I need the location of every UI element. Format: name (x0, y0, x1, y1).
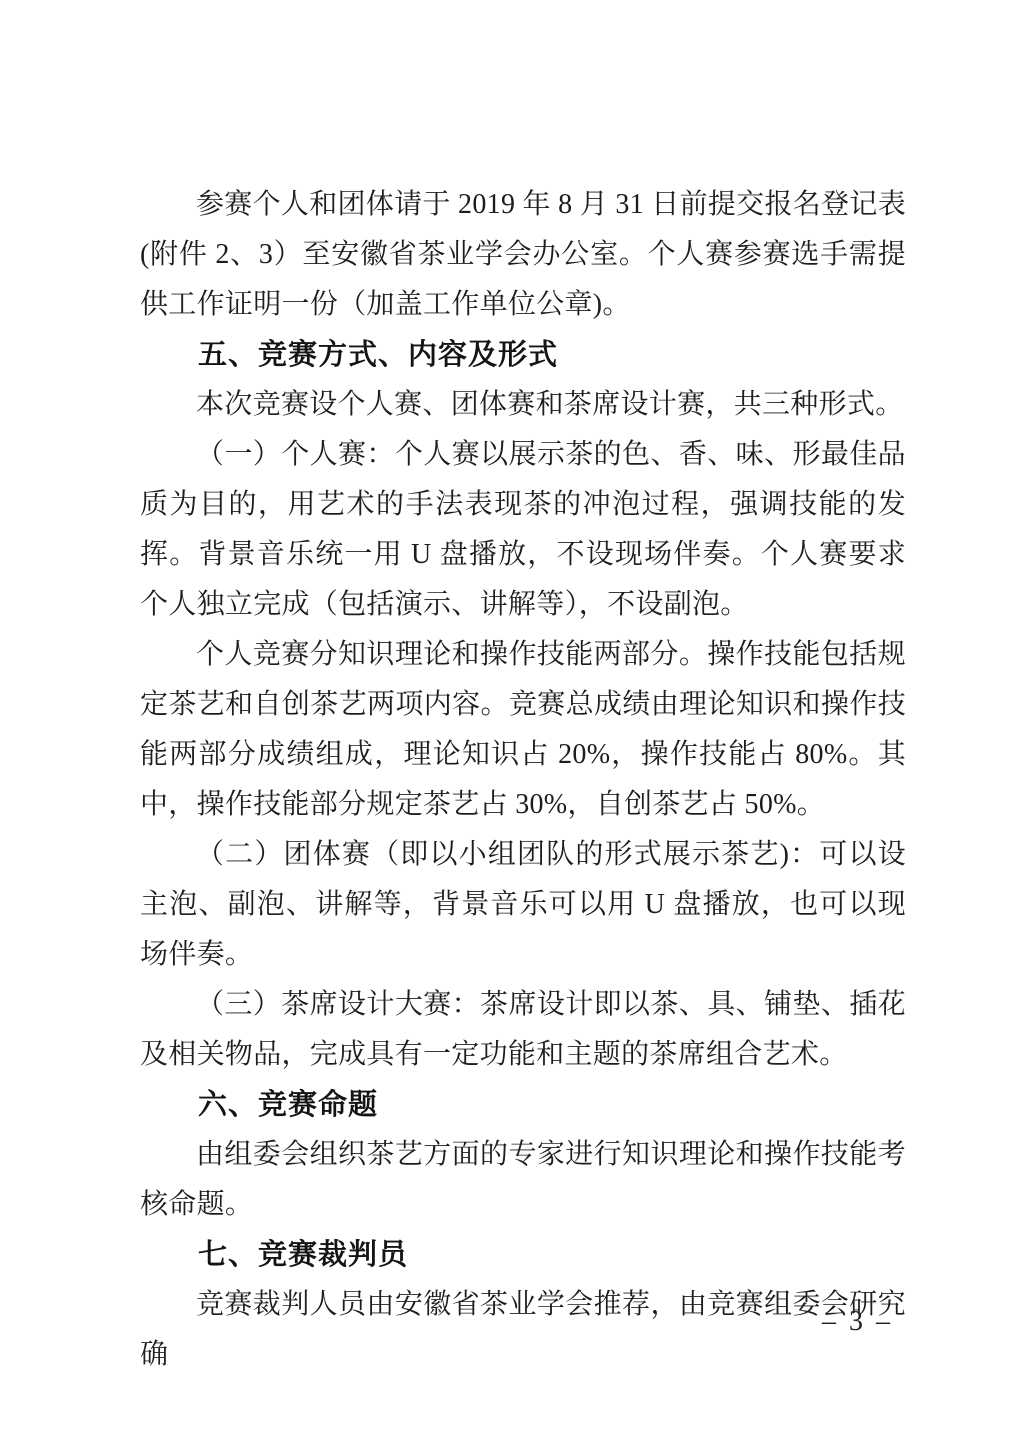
heading-5-competition-format: 五、竞赛方式、内容及形式 (140, 330, 906, 380)
para-competition-overview: 本次竞赛设个人赛、团体赛和茶席设计赛，共三种形式。 (140, 380, 906, 430)
document-page: 参赛个人和团体请于 2019 年 8 月 31 日前提交报名登记表(附件 2、3… (0, 0, 1024, 1448)
para-individual-competition: （一）个人赛：个人赛以展示茶的色、香、味、形最佳品质为目的，用艺术的手法表现茶的… (140, 430, 906, 630)
heading-7-referees: 七、竞赛裁判员 (140, 1230, 906, 1280)
heading-6-question-setting: 六、竞赛命题 (140, 1080, 906, 1130)
para-referees: 竞赛裁判人员由安徽省茶业学会推荐，由竞赛组委会研究确 (140, 1280, 906, 1380)
page-number: – 3 – (822, 1306, 893, 1338)
para-submission-deadline: 参赛个人和团体请于 2019 年 8 月 31 日前提交报名登记表(附件 2、3… (140, 180, 906, 330)
para-team-competition: （二）团体赛（即以小组团队的形式展示茶艺)：可以设主泡、副泡、讲解等，背景音乐可… (140, 830, 906, 980)
para-question-setting: 由组委会组织茶艺方面的专家进行知识理论和操作技能考核命题。 (140, 1130, 906, 1230)
document-body: 参赛个人和团体请于 2019 年 8 月 31 日前提交报名登记表(附件 2、3… (140, 180, 906, 1380)
para-individual-scoring: 个人竞赛分知识理论和操作技能两部分。操作技能包括规定茶艺和自创茶艺两项内容。竞赛… (140, 630, 906, 830)
para-tea-table-design: （三）茶席设计大赛：茶席设计即以茶、具、铺垫、插花及相关物品，完成具有一定功能和… (140, 980, 906, 1080)
